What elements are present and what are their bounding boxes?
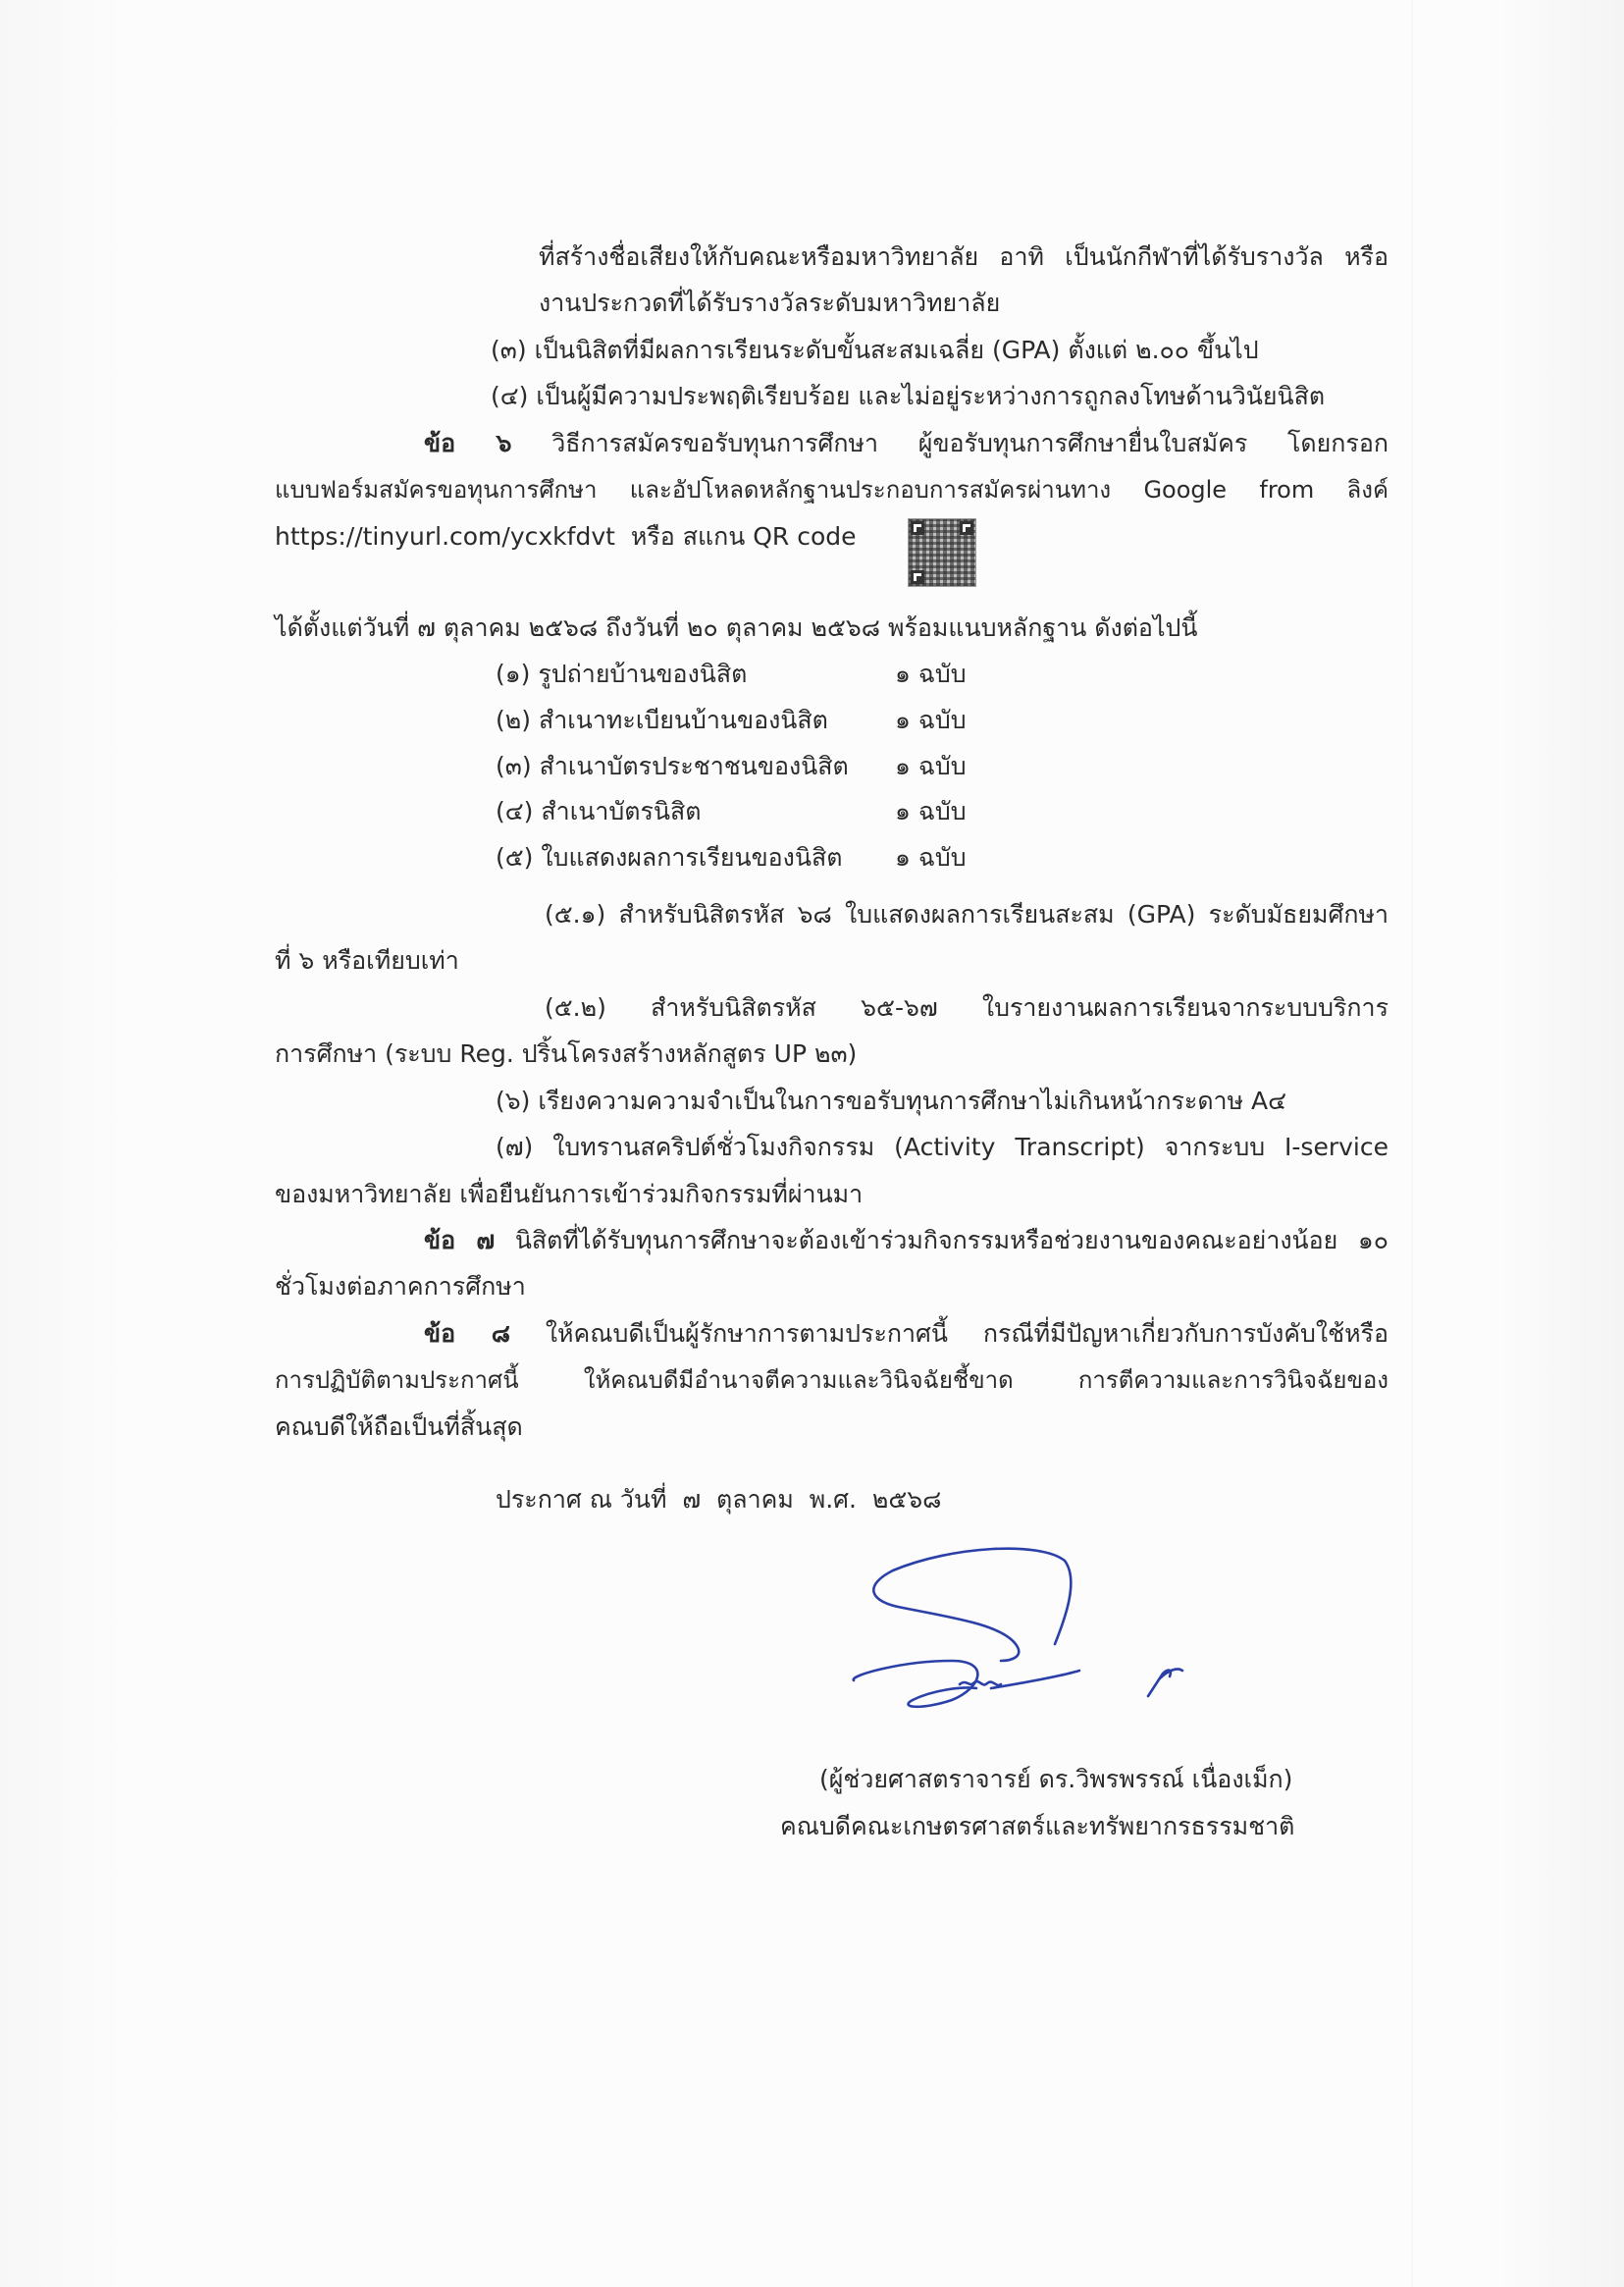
criterion-3: (๓) เป็นนิสิตที่มีผลการเรียนระดับขั้นสะส…: [491, 333, 1259, 368]
criterion-number: (๓): [491, 336, 527, 364]
sub-item-5-1-line-2: ที่ ๖ หรือเทียบเท่า: [275, 943, 459, 979]
clause-6-text: วิธีการสมัครขอรับทุนการศึกษา ผู้ขอรับทุน…: [551, 429, 1388, 457]
continuation-line-2: งานประกวดที่ได้รับรางวัลระดับมหาวิทยาลัย: [539, 286, 1000, 321]
evidence-item: (๒) สำเนาทะเบียนบ้านของนิสิต: [496, 703, 828, 738]
clause-7-heading: ข้อ ๗: [424, 1226, 495, 1254]
clause-6-line-4: ได้ตั้งแต่วันที่ ๗ ตุลาคม ๒๕๖๘ ถึงวันที่…: [275, 611, 1197, 646]
clause-8-heading: ข้อ ๘: [424, 1319, 510, 1348]
qr-finder-top-right: [960, 521, 973, 535]
evidence-copies: ๑ ฉบับ: [895, 749, 967, 784]
announcement-date: ประกาศ ณ วันที่ ๗ ตุลาคม พ.ศ. ๒๕๖๘: [496, 1482, 941, 1517]
scan-fold-line: [1411, 0, 1413, 2287]
evidence-number: (๒): [496, 706, 531, 734]
criterion-text: เป็นผู้มีความประพฤติเรียบร้อย และไม่อยู่…: [536, 382, 1325, 410]
clause-8-line-3: คณบดีให้ถือเป็นที่สิ้นสุด: [275, 1409, 523, 1445]
application-link[interactable]: https://tinyurl.com/ycxkfdvt: [275, 522, 615, 551]
evidence-number: (๓): [496, 752, 532, 780]
qr-code-icon[interactable]: [908, 518, 976, 587]
clause-6-heading: ข้อ ๖: [424, 429, 511, 457]
evidence-item: (๕) ใบแสดงผลการเรียนของนิสิต: [496, 840, 842, 876]
qr-finder-bottom-left: [911, 570, 924, 584]
qr-instruction: หรือ สแกน QR code: [631, 522, 857, 551]
criterion-text: เป็นนิสิตที่มีผลการเรียนระดับขั้นสะสมเฉล…: [535, 336, 1259, 364]
document-page: ที่สร้างชื่อเสียงให้กับคณะหรือมหาวิทยาลั…: [0, 0, 1624, 2287]
evidence-item-7-line-2: ของมหาวิทยาลัย เพื่อยืนยันการเข้าร่วมกิจ…: [275, 1177, 863, 1212]
clause-6-line-3: https://tinyurl.com/ycxkfdvt หรือ สแกน Q…: [275, 519, 857, 555]
evidence-name: รูปถ่ายบ้านของนิสิต: [538, 660, 747, 688]
clause-6-line-1: ข้อ ๖ วิธีการสมัครขอรับทุนการศึกษา ผู้ขอ…: [424, 426, 1388, 461]
evidence-name: สำเนาทะเบียนบ้านของนิสิต: [539, 706, 828, 734]
evidence-copies: ๑ ฉบับ: [895, 794, 967, 829]
evidence-name: ใบแสดงผลการเรียนของนิสิต: [541, 843, 842, 872]
clause-7-line-1: ข้อ ๗ นิสิตที่ได้รับทุนการศึกษาจะต้องเข้…: [424, 1223, 1388, 1258]
sub-item-5-1-line-1: (๕.๑) สำหรับนิสิตรหัส ๖๘ ใบแสดงผลการเรีย…: [545, 897, 1388, 932]
clause-8-line-1: ข้อ ๘ ให้คณบดีเป็นผู้รักษาการตามประกาศนี…: [424, 1316, 1388, 1352]
clause-6-line-2: แบบฟอร์มสมัครขอทุนการศึกษา และอัปโหลดหลั…: [275, 472, 1388, 507]
handwritten-signature-icon: [844, 1541, 1256, 1728]
evidence-name: สำเนาบัตรนิสิต: [541, 797, 701, 825]
evidence-item-6: (๖) เรียงความความจำเป็นในการขอรับทุนการศ…: [496, 1084, 1286, 1119]
sub-item-5-2-line-1: (๕.๒) สำหรับนิสิตรหัส ๖๕-๖๗ ใบรายงานผลกา…: [545, 990, 1388, 1026]
clause-7-line-2: ชั่วโมงต่อภาคการศึกษา: [275, 1269, 526, 1304]
signatory-position: คณบดีคณะเกษตรศาสตร์และทรัพยากรธรรมชาติ: [780, 1809, 1294, 1844]
evidence-number: (๕): [496, 843, 533, 872]
clause-8-line-2: การปฏิบัติตามประกาศนี้ ให้คณบดีมีอำนาจตี…: [275, 1362, 1388, 1398]
evidence-name: สำเนาบัตรประชาชนของนิสิต: [540, 752, 849, 780]
evidence-copies: ๑ ฉบับ: [895, 703, 967, 738]
clause-8-text: ให้คณบดีเป็นผู้รักษาการตามประกาศนี้ กรณี…: [546, 1319, 1388, 1348]
evidence-item: (๔) สำเนาบัตรนิสิต: [496, 794, 701, 829]
sub-item-5-2-line-2: การศึกษา (ระบบ Reg. ปริ้นโครงสร้างหลักสู…: [275, 1037, 857, 1072]
evidence-copies: ๑ ฉบับ: [895, 657, 967, 692]
evidence-number: (๑): [496, 660, 530, 688]
clause-7-text: นิสิตที่ได้รับทุนการศึกษาจะต้องเข้าร่วมก…: [515, 1226, 1388, 1254]
evidence-number: (๔): [496, 797, 533, 825]
continuation-line-1: ที่สร้างชื่อเสียงให้กับคณะหรือมหาวิทยาลั…: [539, 239, 1388, 275]
evidence-item-7-line-1: (๗) ใบทรานสคริปต์ชั่วโมงกิจกรรม (Activit…: [496, 1130, 1388, 1165]
signatory-name: (ผู้ช่วยศาสตราจารย์ ดร.วิพรพรรณ์ เนื่องเ…: [819, 1762, 1292, 1797]
criterion-number: (๔): [491, 382, 528, 410]
evidence-item: (๑) รูปถ่ายบ้านของนิสิต: [496, 657, 747, 692]
evidence-item: (๓) สำเนาบัตรประชาชนของนิสิต: [496, 749, 849, 784]
evidence-copies: ๑ ฉบับ: [895, 840, 967, 876]
qr-finder-top-left: [911, 521, 924, 535]
criterion-4: (๔) เป็นผู้มีความประพฤติเรียบร้อย และไม่…: [491, 379, 1325, 414]
